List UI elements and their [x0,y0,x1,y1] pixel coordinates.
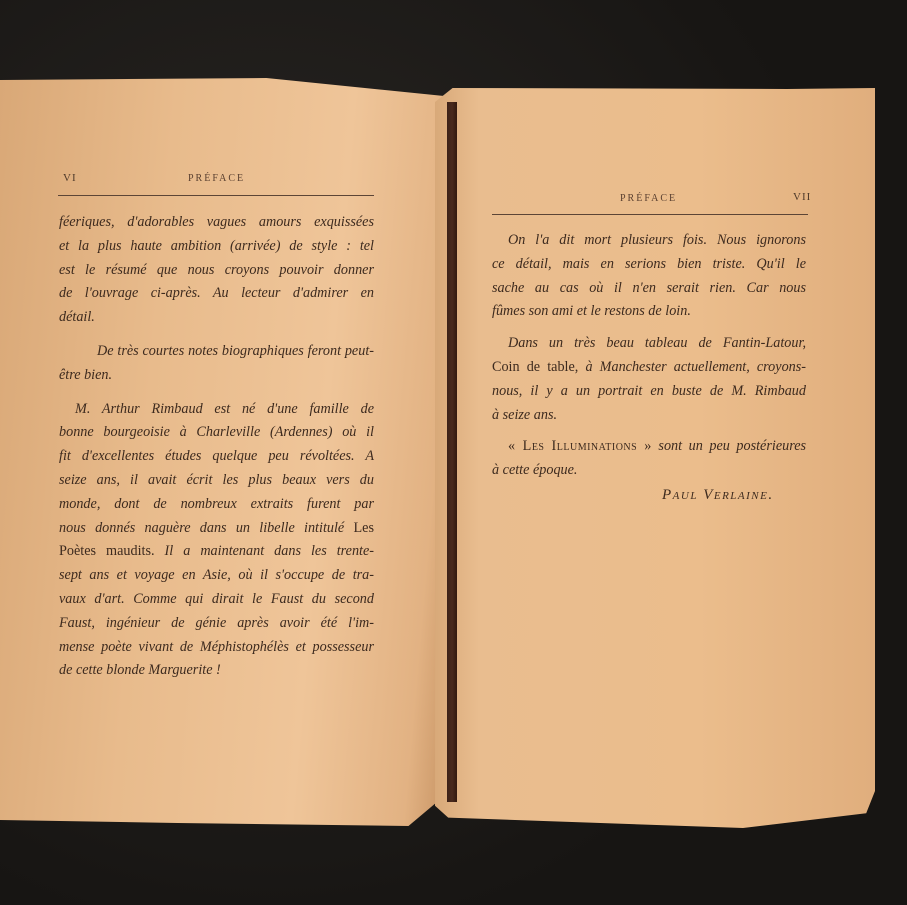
text-line-group: Coin de table, à Manchester actuellement… [492,356,806,380]
text-line: fûmes son ami et le restons de loin. [492,300,806,324]
text-line: être bien. [59,364,374,388]
book-title-fragment: « Les Illuminations » [508,438,652,454]
text-fragment: sont un peu postérieures [658,438,806,454]
text-line: ce détail, mais en serions bien triste. … [492,253,806,277]
text-line: De très courtes notes biographiques fero… [59,340,374,364]
author-signature: Paul Verlaine. [662,487,774,504]
text-line: détail. [59,306,374,330]
right-header-rule [492,214,808,215]
text-fragment: à Manchester actuellement, croyons- [585,359,806,375]
left-folio: VI [63,172,77,184]
text-line: et la plus haute ambition (arrivée) de s… [59,235,374,259]
text-line: Faust, ingénieur de génie après avoir ét… [59,612,374,636]
right-folio: VII [793,191,811,203]
text-line: sept ans et voyage en Asie, où il s'occu… [59,564,374,588]
text-line-group: Poètes maudits. Il a maintenant dans les… [59,540,374,564]
text-line: sache au cas où il n'en serait rien. Car… [492,277,806,301]
text-line: à seize ans. [492,404,806,428]
text-line: de l'ouvrage ci-après. Au lecteur d'admi… [59,282,374,306]
left-header-rule [58,195,374,196]
text-line: de cette blonde Marguerite ! [59,659,374,683]
book-title-fragment: Poètes maudits. [59,543,155,559]
text-line: seize ans, il avait écrit les plus beaux… [59,469,374,493]
text-line: nous, il y a un portrait en buste de M. … [492,380,806,404]
text-line: mense poète vivant de Méphistophélès et … [59,636,374,660]
text-line-group: « Les Illuminations » sont un peu postér… [492,435,806,459]
text-fragment: Il a maintenant dans les trente- [165,543,374,559]
text-line: à cette époque. [492,459,806,483]
text-line-group: nous donnés naguère dans un libelle inti… [59,517,374,541]
text-line: est le résumé que nous croyons pouvoir d… [59,259,374,283]
right-body-text: On l'a dit mort plusieurs fois. Nous ign… [492,229,806,483]
left-running-head: PRÉFACE [188,173,245,184]
left-body-text: féeriques, d'adorables vagues amours exq… [59,211,374,683]
book-title-fragment: Les [354,520,375,536]
text-line: féeriques, d'adorables vagues amours exq… [59,211,374,235]
text-line: monde, dont de nombreux extraits furent … [59,493,374,517]
text-line: vaux d'art. Comme qui dirait le Faust du… [59,588,374,612]
text-fragment: nous donnés naguère dans un libelle inti… [59,520,344,536]
text-line: fit d'excellentes études quelque peu rév… [59,445,374,469]
painting-title-fragment: Coin de table, [492,359,578,375]
right-running-head: PRÉFACE [620,193,677,204]
text-line: On l'a dit mort plusieurs fois. Nous ign… [492,229,806,253]
text-line: M. Arthur Rimbaud est né d'une famille d… [59,398,374,422]
book-spine [447,102,457,802]
text-line: bonne bourgeoisie à Charleville (Ardenne… [59,421,374,445]
text-line: Dans un très beau tableau de Fantin-Lato… [492,332,806,356]
